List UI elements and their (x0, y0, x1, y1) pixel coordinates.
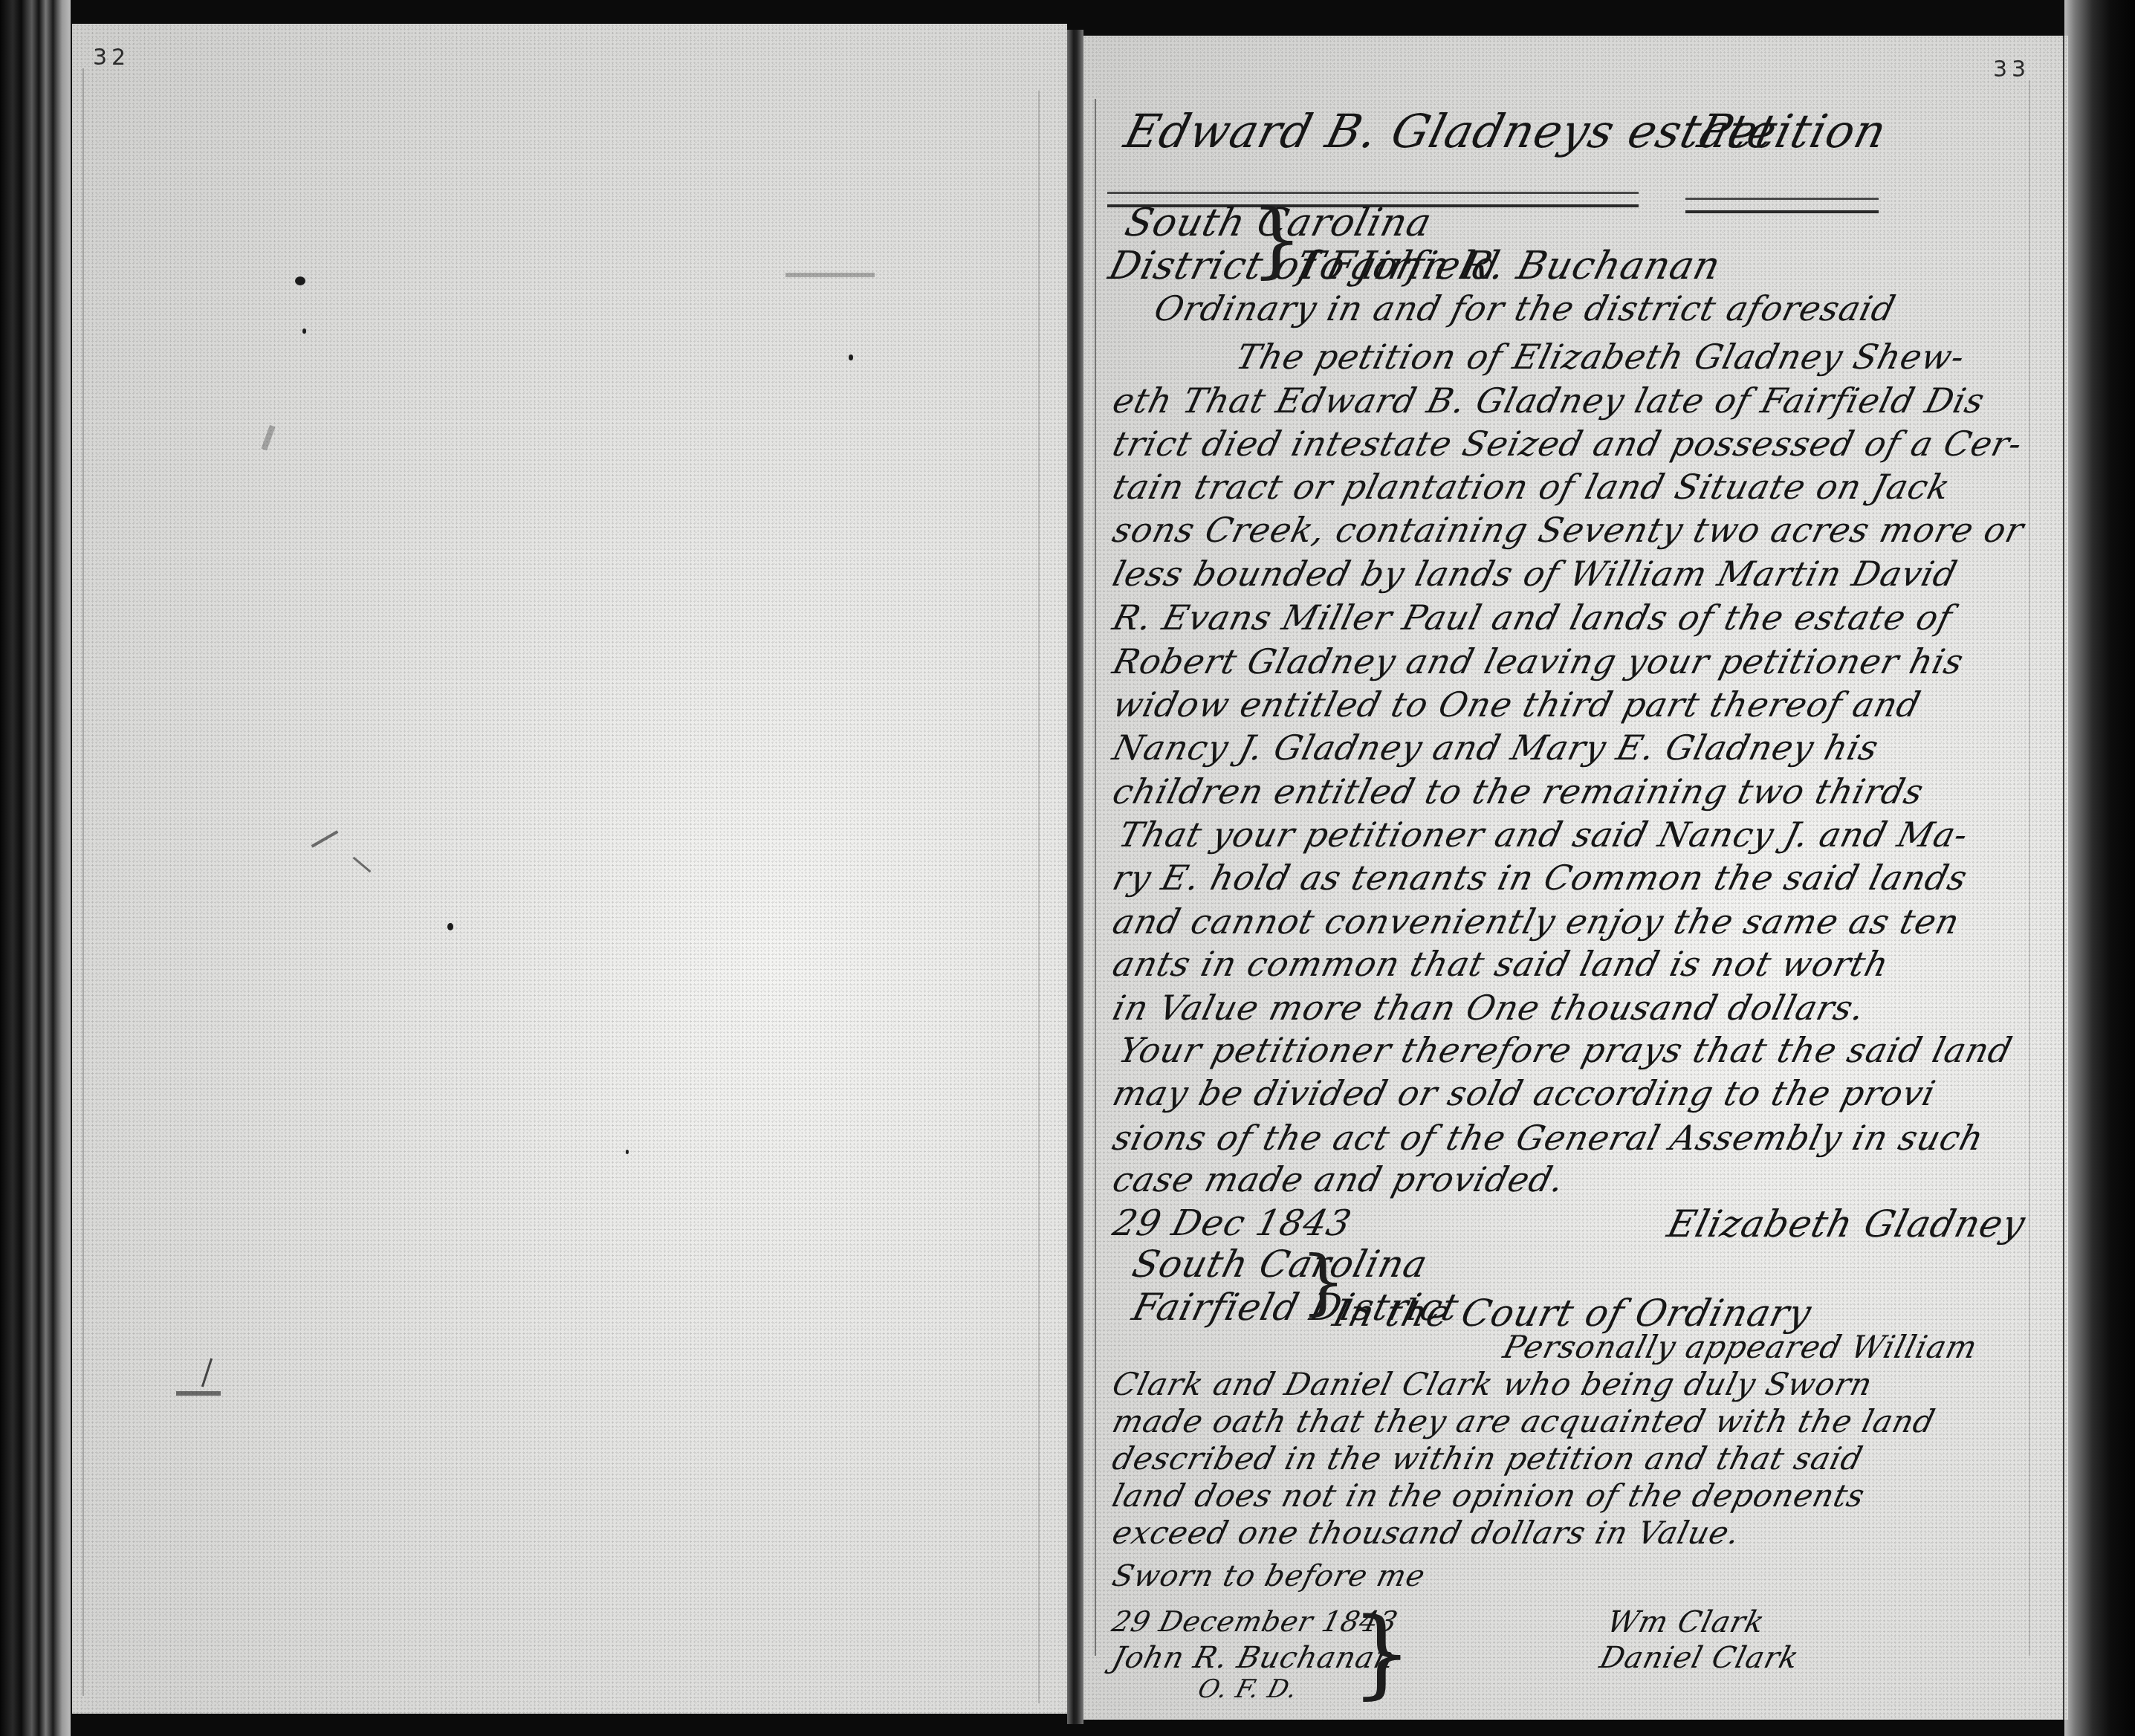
right-page-right-rule (2029, 80, 2030, 1656)
petition-date: 29 Dec 1843 (1109, 1202, 1355, 1244)
petition-line: ry E. hold as tenants in Common the said… (1109, 858, 1972, 898)
ordinary-title: O. F. D. (1195, 1674, 1300, 1704)
affidavit-caption-state: South Carolina (1128, 1243, 1432, 1286)
petition-line: in Value more than One thousand dollars. (1109, 988, 1870, 1028)
affidavit-line: Personally appeared William (1500, 1329, 1981, 1365)
right-page-number: 33 (1993, 56, 2030, 82)
ink-speck (302, 328, 306, 334)
right-page-margin-rule (1095, 99, 1096, 1656)
petition-line: widow entitled to One third part thereof… (1109, 684, 1925, 725)
petition-line: trict died intestate Seized and possesse… (1109, 424, 2027, 464)
ink-speck (626, 1150, 629, 1154)
petition-line: The petition of Elizabeth Gladney Shew- (1232, 337, 1969, 377)
bleed-through-mark (176, 1391, 221, 1396)
deponent-signature: Daniel Clark (1596, 1641, 1803, 1675)
ink-speck (295, 276, 305, 285)
affidavit-line: Sworn to before me (1109, 1559, 1429, 1593)
record-type-label: Petition (1693, 104, 1893, 158)
left-page-margin-rule (82, 68, 84, 1696)
petition-line: children entitled to the remaining two t… (1109, 771, 1928, 812)
signature-brace: } (1351, 1596, 1413, 1709)
petition-line: eth That Edward B. Gladney late of Fairf… (1109, 380, 1989, 421)
affidavit-line: land does not in the opinion of the depo… (1109, 1477, 1869, 1514)
left-page: 32 (72, 24, 1067, 1714)
petition-line: ants in common that said land is not wor… (1109, 944, 1893, 984)
bleed-through-mark (353, 857, 372, 873)
book-gutter (1067, 30, 1083, 1724)
petition-line: tain tract or plantation of land Situate… (1109, 467, 1954, 507)
petition-line: sions of the act of the General Assembly… (1109, 1118, 1988, 1158)
ink-speck (849, 354, 853, 360)
petition-line: less bounded by lands of William Martin … (1109, 554, 1962, 594)
bleed-through-mark (311, 830, 339, 847)
petition-line: Your petitioner therefore prays that the… (1115, 1030, 2017, 1070)
petition-line: and cannot conveniently enjoy the same a… (1109, 901, 1964, 942)
deponent-signature: Wm Clark (1604, 1605, 1769, 1639)
affidavit-line: described in the within petition and tha… (1109, 1440, 1867, 1477)
petition-line: case made and provided. (1109, 1159, 1569, 1199)
estate-title: Edward B. Gladneys estate (1119, 104, 1783, 158)
book-binding-left (0, 0, 71, 1736)
ink-speck (447, 923, 453, 930)
right-page: 33 Edward B. Gladneys estate Petition So… (1083, 36, 2068, 1720)
left-page-number: 32 (93, 45, 130, 71)
petition-line: sons Creek, containing Seventy two acres… (1109, 510, 2028, 550)
book-binding-right (2064, 0, 2135, 1736)
petition-line: Robert Gladney and leaving your petition… (1109, 641, 1968, 681)
affidavit-line: exceed one thousand dollars in Value. (1109, 1515, 1744, 1551)
bleed-through-mark (201, 1358, 213, 1387)
petition-addressee: To John R. Buchanan (1292, 244, 1726, 288)
petition-line: That your petitioner and said Nancy J. a… (1115, 814, 1972, 855)
bleed-through-mark (261, 425, 275, 451)
petition-line: Ordinary in and for the district aforesa… (1150, 288, 1900, 328)
petitioner-signature: Elizabeth Gladney (1663, 1202, 2030, 1246)
petition-line: Nancy J. Gladney and Mary E. Gladney his (1109, 728, 1883, 768)
right-page-edge (2063, 36, 2064, 1720)
affidavit-line: made oath that they are acquainted with … (1109, 1403, 1939, 1439)
affidavit-line: Clark and Daniel Clark who being duly Sw… (1109, 1366, 1876, 1402)
label-underline (1685, 198, 1879, 213)
petition-line: R. Evans Miller Paul and lands of the es… (1109, 597, 1957, 638)
petition-line: may be divided or sold according to the … (1109, 1073, 1940, 1113)
bleed-through-mark (785, 273, 875, 277)
left-page-right-rule (1038, 91, 1040, 1703)
